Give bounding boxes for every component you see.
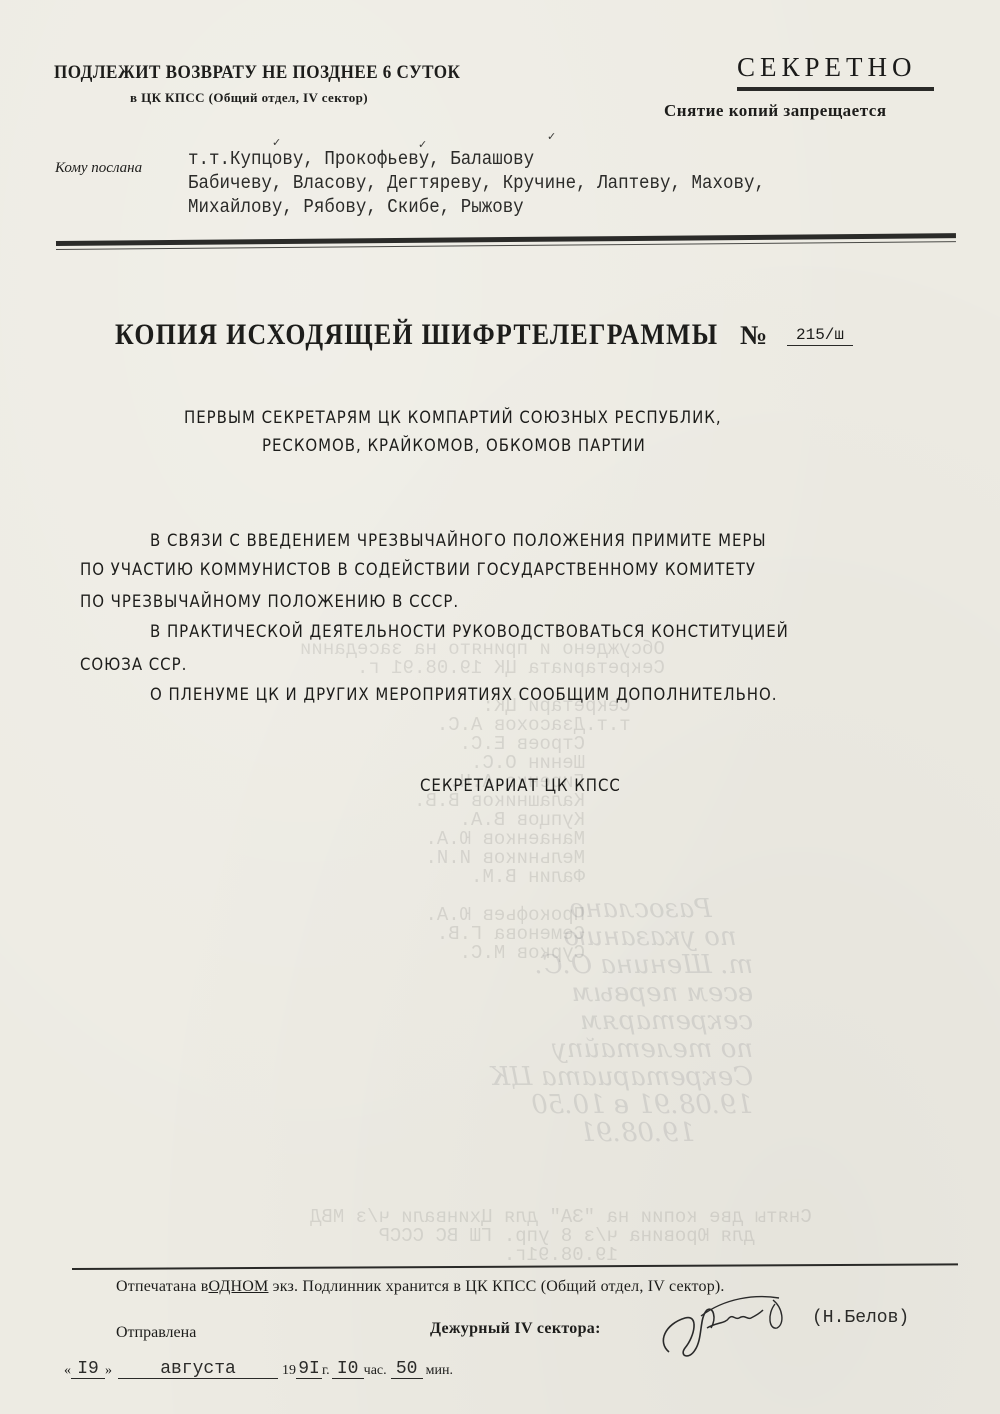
handwritten-signature-icon: [655, 1288, 805, 1368]
print-copies-count: ОДНОМ: [208, 1278, 268, 1295]
dispatch-minute: 50: [391, 1360, 423, 1379]
check-mark-icon: ✓: [418, 138, 427, 151]
return-location: в ЦК КПСС (Общий отдел, IV сектор): [130, 90, 368, 106]
document-page: Обсуждено и принято на заседании Секрета…: [0, 0, 1000, 1414]
dispatch-date-line: « I9 » августа 19 9I г. I0 час. 50 мин.: [64, 1360, 453, 1379]
bleed-through-handwriting: Разослано по указанию т. Шенина О.С. все…: [490, 895, 794, 1147]
body-line: ПО УЧАСТИЮ КОММУНИСТОВ В СОДЕЙСТВИИ ГОСУ…: [80, 560, 756, 580]
body-line: СОЮЗА ССР.: [80, 655, 187, 675]
recipients-label: Кому послана: [55, 160, 142, 177]
body-line: В ПРАКТИЧЕСКОЙ ДЕЯТЕЛЬНОСТИ РУКОВОДСТВОВ…: [150, 622, 789, 642]
return-notice: ПОДЛЕЖИТ ВОЗВРАТУ НЕ ПОЗДНЕЕ 6 СУТОК: [54, 62, 460, 84]
classification-stamp: СЕКРЕТНО: [737, 52, 917, 83]
recipients-line: т.т.Купцову, Прокофьеву, Балашову: [188, 147, 765, 171]
body-line: В СВЯЗИ С ВВЕДЕНИЕМ ЧРЕЗВЫЧАЙНОГО ПОЛОЖЕ…: [150, 531, 767, 551]
dispatch-month: августа: [118, 1360, 278, 1379]
duty-officer-name: (Н.Белов): [812, 1308, 909, 1328]
document-title: КОПИЯ ИСХОДЯЩЕЙ ШИФРТЕЛЕГРАММЫ: [115, 318, 718, 352]
copy-restriction: Снятие копий запрещается: [664, 101, 887, 121]
print-notice: Отпечатана вОДНОМ экз. Подлинник хранитс…: [116, 1278, 725, 1296]
addressee-line: РЕСКОМОВ, КРАЙКОМОВ, ОБКОМОВ ПАРТИИ: [262, 436, 646, 456]
date-close-quote: »: [105, 1363, 112, 1379]
check-mark-icon: ✓: [547, 130, 556, 143]
print-notice-prefix: Отпечатана в: [116, 1278, 208, 1295]
header-divider: [56, 233, 956, 246]
dispatch-hour: I0: [332, 1360, 364, 1379]
recipients-line: Михайлову, Рябову, Скибе, Рыжову: [188, 195, 765, 219]
number-sign: №: [740, 320, 767, 351]
recipients-line: Бабичеву, Власову, Дегтяреву, Кручине, Л…: [188, 171, 765, 195]
sent-label: Отправлена: [116, 1324, 196, 1342]
telegram-number: 215/ш: [787, 326, 853, 346]
bleed-through-footer: Сняты две копии на "ЗА" для Цхинвали ч/з…: [310, 1208, 812, 1265]
dispatch-day: I9: [71, 1360, 105, 1379]
recipients-list: т.т.Купцову, Прокофьеву, Балашову Бабиче…: [188, 147, 765, 219]
year-suffix: г.: [322, 1363, 330, 1379]
classification-underline: [737, 87, 934, 91]
year-prefix: 19: [282, 1363, 296, 1379]
addressee-line: ПЕРВЫМ СЕКРЕТАРЯМ ЦК КОМПАРТИЙ СОЮЗНЫХ Р…: [184, 408, 722, 428]
minute-label: мин.: [426, 1363, 453, 1379]
body-line: О ПЛЕНУМЕ ЦК И ДРУГИХ МЕРОПРИЯТИЯХ СООБЩ…: [150, 685, 777, 705]
dispatch-year: 9I: [296, 1360, 322, 1379]
signatory-organization: СЕКРЕТАРИАТ ЦК КПСС: [420, 776, 621, 796]
duty-officer-label: Дежурный IV сектора:: [430, 1320, 601, 1338]
hour-label: час.: [364, 1363, 387, 1379]
date-open-quote: «: [64, 1363, 71, 1379]
body-line: ПО ЧРЕЗВЫЧАЙНОМУ ПОЛОЖЕНИЮ В СССР.: [80, 592, 459, 612]
check-mark-icon: ✓: [272, 136, 281, 149]
